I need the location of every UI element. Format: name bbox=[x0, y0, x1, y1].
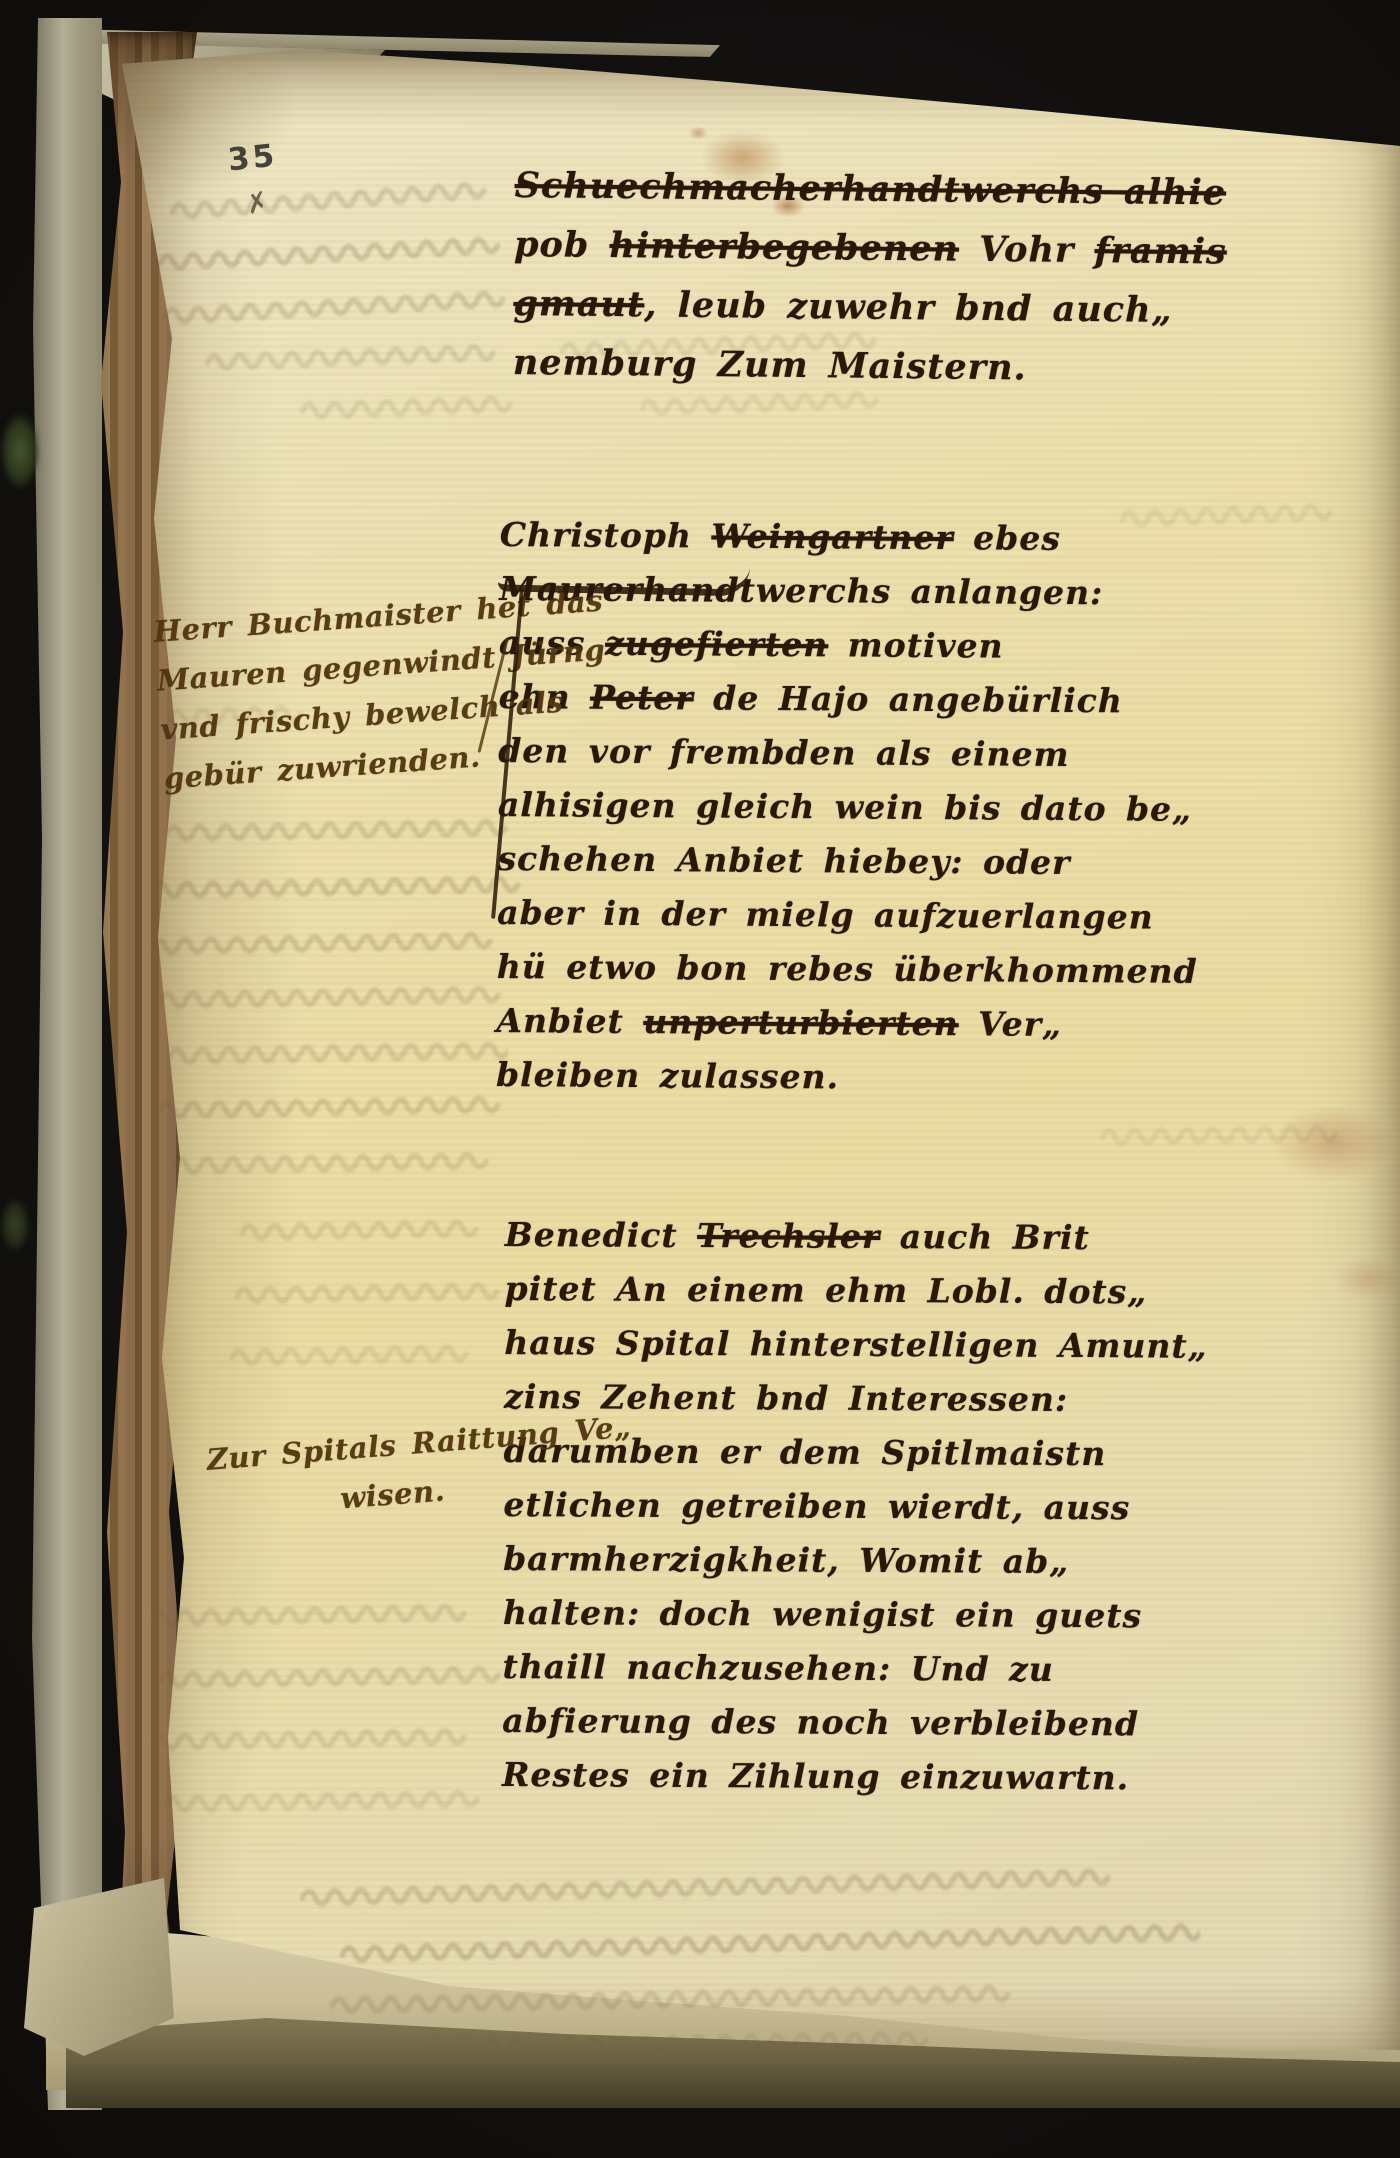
manuscript-line: hü etwo bon rebes überkhommend bbox=[497, 940, 1400, 1000]
manuscript-line: gmaut, leub zuwehr bnd auch„ bbox=[513, 274, 1400, 342]
manuscript-line: Anbiet unperturbierten Ver„ bbox=[496, 994, 1400, 1054]
manuscript-line: abfierung des noch verbleibend bbox=[502, 1694, 1400, 1753]
manuscript-line: den vor frembden als einem bbox=[498, 724, 1400, 784]
entry-block-2: Christoph Weingartner ebesMaurerhandtwer… bbox=[496, 508, 1400, 1108]
book-cover-edge bbox=[30, 18, 102, 2110]
margin-note-1: Herr Buchmaister het dasMauren gegenwind… bbox=[152, 577, 605, 803]
manuscript-line: Benedict Trechsler auch Brit bbox=[505, 1208, 1400, 1267]
manuscript-line: auss zugefierten motiven bbox=[499, 616, 1400, 676]
manuscript-line: alhisigen gleich wein bis dato be„ bbox=[498, 778, 1400, 838]
binding-thread bbox=[0, 1198, 30, 1252]
manuscript-line: nemburg Zum Maistern. bbox=[513, 333, 1400, 401]
manuscript-line: Schuechmacherhandtwerchs alhie bbox=[514, 156, 1400, 224]
manuscript-line: Christoph Weingartner ebes bbox=[500, 508, 1400, 568]
manuscript-line: Restes ein Zihlung einzuwartn. bbox=[502, 1748, 1400, 1807]
manuscript-line: pob hinterbegebenen Vohr framis bbox=[514, 215, 1400, 283]
manuscript-line: barmherzigkheit, Womit ab„ bbox=[503, 1532, 1400, 1591]
manuscript-line: aber in der mielg aufzuerlangen bbox=[497, 886, 1400, 946]
manuscript-line: thaill nachzusehen: Und zu bbox=[502, 1640, 1400, 1699]
entry-block-1: Schuechmacherhandtwerchs alhiepob hinter… bbox=[513, 156, 1400, 401]
manuscript-line: bleiben zulassen. bbox=[496, 1048, 1400, 1108]
manuscript-line: ehn Peter de Hajo angebürlich bbox=[498, 670, 1400, 730]
manuscript-line: halten: doch wenigist ein guets bbox=[503, 1586, 1400, 1645]
manuscript-line: pitet An einem ehm Lobl. dots„ bbox=[504, 1262, 1400, 1321]
binding-thread bbox=[0, 412, 40, 490]
underline-flourish bbox=[498, 560, 751, 596]
manuscript-photo: 35 ✗ Schuechmacherhandtwerchs alhiepob h… bbox=[0, 0, 1400, 2158]
folio-number: 35 bbox=[226, 138, 279, 179]
manuscript-line: haus Spital hinterstelligen Amunt„ bbox=[504, 1316, 1400, 1375]
manuscript-line: schehen Anbiet hiebey: oder bbox=[497, 832, 1400, 892]
entry-block-3: Benedict Trechsler auch Britpitet An ein… bbox=[502, 1208, 1400, 1807]
